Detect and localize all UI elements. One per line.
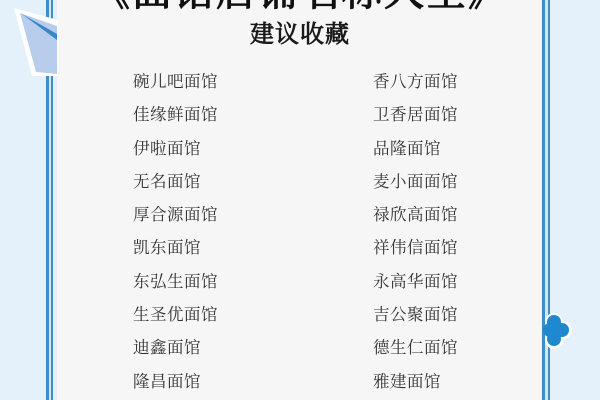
- list-item: 迪鑫面馆: [133, 336, 218, 369]
- name-list-left: 碗儿吧面馆 佳缘鲜面馆 伊啦面馆 无名面馆 厚合源面馆 凯东面馆 东弘生面馆 生…: [133, 70, 218, 400]
- list-item: 祥伟信面馆: [373, 236, 458, 269]
- list-item: 品隆面馆: [373, 137, 458, 170]
- list-item: 德生仁面馆: [373, 336, 458, 369]
- list-item: 东弘生面馆: [133, 270, 218, 303]
- list-item: 伊啦面馆: [133, 137, 218, 170]
- page-subtitle: 建议收藏: [0, 14, 600, 49]
- list-item: 永高华面馆: [373, 270, 458, 303]
- list-item: 麦小面面馆: [373, 170, 458, 203]
- list-item: 禄欣高面馆: [373, 203, 458, 236]
- page-title: 《面馆店铺名称大全》: [85, 0, 515, 10]
- list-item: 吉公聚面馆: [373, 303, 458, 336]
- list-item: 厚合源面馆: [133, 203, 218, 236]
- list-item: 隆昌面馆: [133, 370, 218, 400]
- list-item: 雅建面馆: [373, 370, 458, 400]
- name-list-right: 香八方面馆 卫香居面馆 品隆面馆 麦小面面馆 禄欣高面馆 祥伟信面馆 永高华面馆…: [373, 70, 458, 400]
- list-item: 卫香居面馆: [373, 103, 458, 136]
- list-item: 碗儿吧面馆: [133, 70, 218, 103]
- list-item: 凯东面馆: [133, 236, 218, 269]
- content-panel: [57, 0, 541, 400]
- list-item: 香八方面馆: [373, 70, 458, 103]
- flower-icon: [538, 310, 574, 354]
- list-item: 无名面馆: [133, 170, 218, 203]
- list-item: 生圣优面馆: [133, 303, 218, 336]
- list-item: 佳缘鲜面馆: [133, 103, 218, 136]
